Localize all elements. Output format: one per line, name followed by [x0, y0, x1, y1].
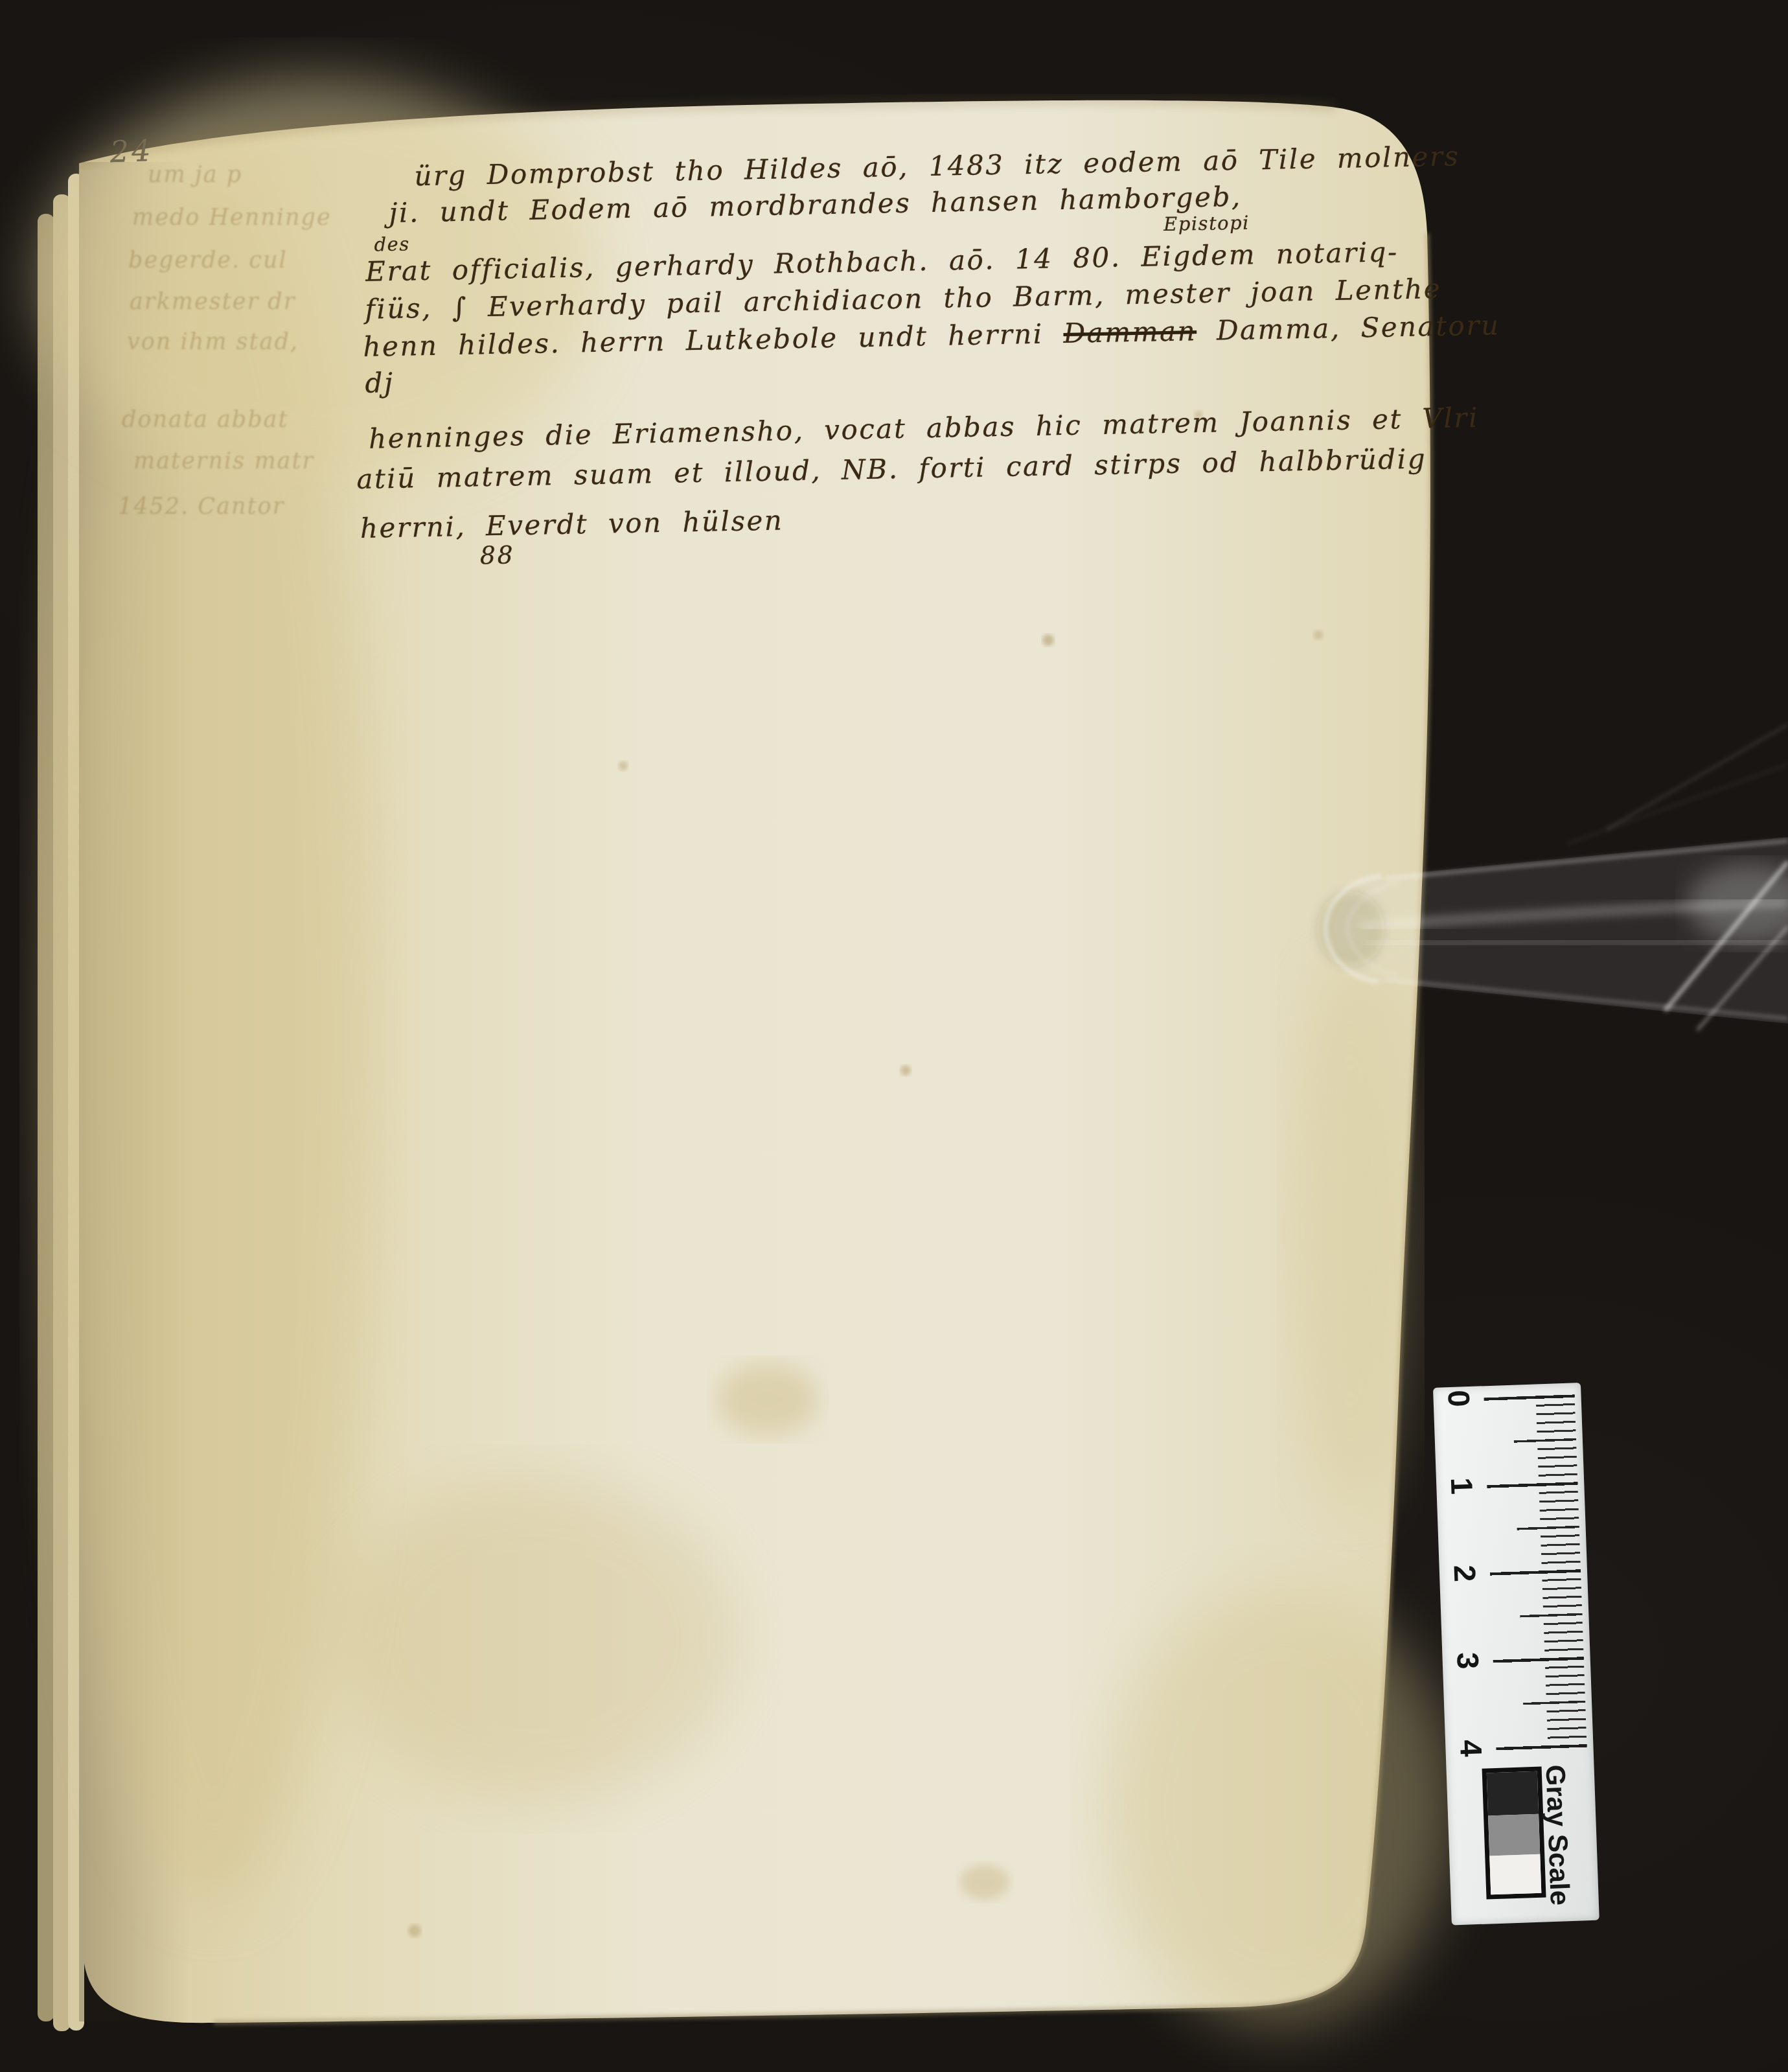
photo-stage: 24 um ja p medo Henninge begerde. cul ar… — [0, 0, 1788, 2072]
manuscript-line-6: dj — [365, 367, 395, 399]
manuscript-line-1: ürg Domprobst tho Hildes aō, 1483 itz eo… — [414, 140, 1460, 192]
ruler-centimeter-ticks — [1484, 1394, 1587, 1753]
ruler-number-2: 2 — [1449, 1558, 1480, 1589]
interlinear-word-des: des — [374, 233, 410, 255]
grayscale-patch-column — [1482, 1767, 1546, 1900]
line-5-start: henn hildes. herrn Lutkebole undt herrni — [363, 317, 1064, 363]
manuscript-line-9: herrni, Everdt von hülsen — [360, 504, 783, 544]
ruler-number-3: 3 — [1452, 1646, 1484, 1677]
line-5-end: Damma, Senatoru — [1197, 309, 1500, 347]
grayscale-patch-light — [1489, 1854, 1541, 1895]
manuscript-line-10: 88 — [479, 540, 514, 570]
interlinear-word-episcopi: Epistopi — [1163, 211, 1250, 235]
ruler-number-0: 0 — [1443, 1383, 1474, 1414]
gray-scale-label: Gray Scale — [1539, 1764, 1576, 1906]
scale-card: 0 1 2 3 4 Gray Scale — [1433, 1383, 1599, 1925]
handwritten-text-block: ürg Domprobst tho Hildes aō, 1483 itz eo… — [0, 0, 1788, 655]
ruler-number-1: 1 — [1447, 1471, 1478, 1502]
ruler-number-4: 4 — [1456, 1733, 1487, 1764]
line-5-strikethrough-word: Damman — [1063, 315, 1197, 349]
grayscale-patch-mid — [1488, 1814, 1540, 1856]
grayscale-patch-dark — [1487, 1771, 1539, 1816]
